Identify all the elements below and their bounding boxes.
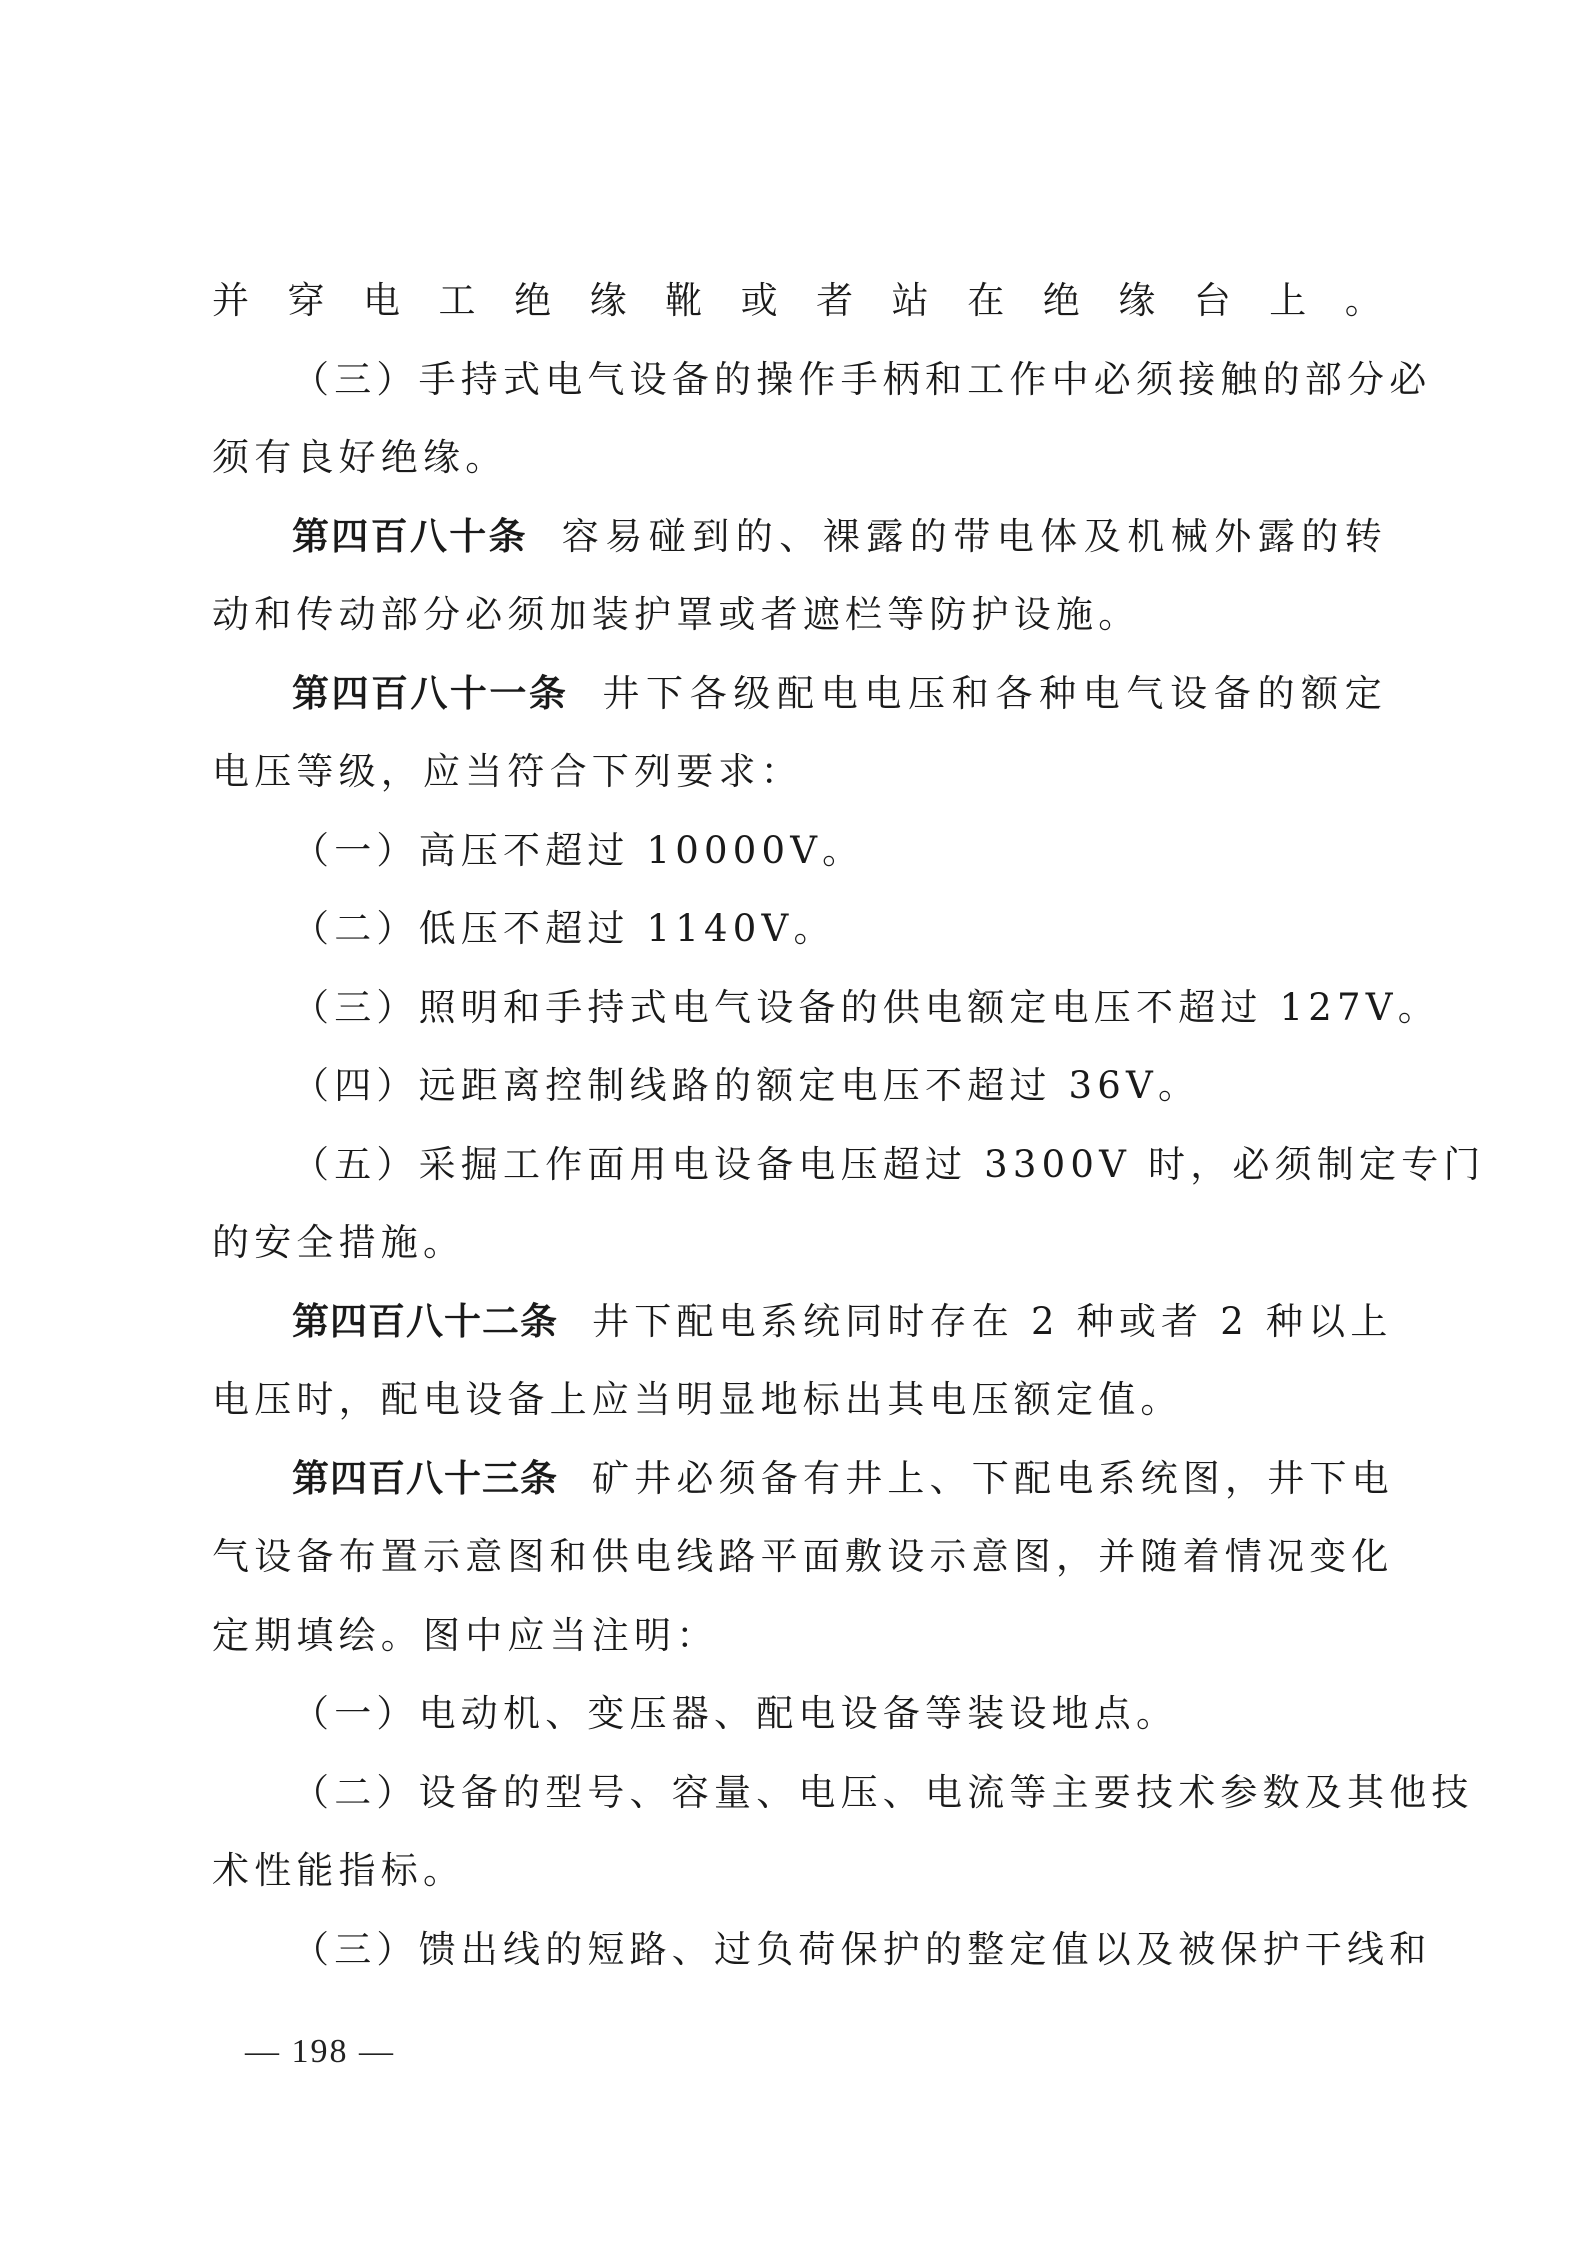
line-text: 井下各级配电电压和各种电气设备的额定 [602,672,1387,715]
line-text: （三）照明和手持式电气设备的供电额定电压不超过 127V。 [292,986,1440,1029]
text-line: 并穿电工绝缘靴或者站在绝缘台上。 [212,262,1387,341]
list-item: （四）远距离控制线路的额定电压不超过 36V。 [212,1047,1387,1126]
list-item: （一）电动机、变压器、配电设备等装设地点。 [212,1675,1387,1754]
article-480-heading-line: 第四百八十条容易碰到的、裸露的带电体及机械外露的转 [212,498,1387,577]
article-483-heading-line: 第四百八十三条矿井必须备有井上、下配电系统图，井下电 [212,1440,1387,1519]
article-title: 第四百八十条 [292,515,528,558]
list-item: （二）低压不超过 1140V。 [212,890,1387,969]
text-line: 电压等级，应当符合下列要求： [212,733,1387,812]
line-text: （二）低压不超过 1140V。 [292,907,836,950]
line-text: 须有良好绝缘。 [212,436,507,479]
line-text: 井下配电系统同时存在 2 种或者 2 种以上 [592,1300,1393,1343]
article-title: 第四百八十三条 [292,1457,558,1500]
article-481-heading-line: 第四百八十一条井下各级配电电压和各种电气设备的额定 [212,655,1387,734]
article-title: 第四百八十一条 [292,672,568,715]
page-number: — 198 — [245,2022,395,2082]
line-text: 定期填绘。图中应当注明： [212,1614,718,1657]
text-line: 术性能指标。 [212,1832,1387,1911]
list-item: （五）采掘工作面用电设备电压超过 3300V 时，必须制定专门 [212,1126,1387,1205]
line-text: 并穿电工绝缘靴或者站在绝缘台上。 [212,279,1387,322]
text-line: 定期填绘。图中应当注明： [212,1597,1387,1676]
line-text: 容易碰到的、裸露的带电体及机械外露的转 [562,515,1387,558]
line-text: 电压等级，应当符合下列要求： [212,750,803,793]
document-body: 并穿电工绝缘靴或者站在绝缘台上。 （三）手持式电气设备的操作手柄和工作中必须接触… [212,262,1387,1989]
article-title: 第四百八十二条 [292,1300,558,1343]
line-text: 动和传动部分必须加装护罩或者遮栏等防护设施。 [212,593,1140,636]
text-line: 须有良好绝缘。 [212,419,1387,498]
line-text: （一）电动机、变压器、配电设备等装设地点。 [292,1692,1178,1735]
list-item: （三）馈出线的短路、过负荷保护的整定值以及被保护干线和 [212,1911,1387,1990]
line-text: 矿井必须备有井上、下配电系统图，井下电 [592,1457,1394,1500]
line-text: （三）馈出线的短路、过负荷保护的整定值以及被保护干线和 [292,1928,1431,1971]
text-line: 动和传动部分必须加装护罩或者遮栏等防护设施。 [212,576,1387,655]
article-482-heading-line: 第四百八十二条井下配电系统同时存在 2 种或者 2 种以上 [212,1283,1387,1362]
line-text: 电压时，配电设备上应当明显地标出其电压额定值。 [212,1378,1183,1421]
line-text: 的安全措施。 [212,1221,465,1264]
text-line: 气设备布置示意图和供电线路平面敷设示意图，并随着情况变化 [212,1518,1387,1597]
line-text: （一）高压不超过 10000V。 [292,829,864,872]
line-text: （五）采掘工作面用电设备电压超过 3300V 时，必须制定专门 [292,1143,1486,1186]
line-text: （二）设备的型号、容量、电压、电流等主要技术参数及其他技 [292,1771,1474,1814]
list-item: （三）照明和手持式电气设备的供电额定电压不超过 127V。 [212,969,1387,1048]
line-text: （三）手持式电气设备的操作手柄和工作中必须接触的部分必 [292,358,1431,401]
text-line: 电压时，配电设备上应当明显地标出其电压额定值。 [212,1361,1387,1440]
line-text: 术性能指标。 [212,1849,465,1892]
text-line: （三）手持式电气设备的操作手柄和工作中必须接触的部分必 [212,341,1387,420]
text-line: 的安全措施。 [212,1204,1387,1283]
line-text: 气设备布置示意图和供电线路平面敷设示意图，并随着情况变化 [212,1535,1394,1578]
list-item: （一）高压不超过 10000V。 [212,812,1387,891]
list-item: （二）设备的型号、容量、电压、电流等主要技术参数及其他技 [212,1754,1387,1833]
line-text: （四）远距离控制线路的额定电压不超过 36V。 [292,1064,1200,1107]
